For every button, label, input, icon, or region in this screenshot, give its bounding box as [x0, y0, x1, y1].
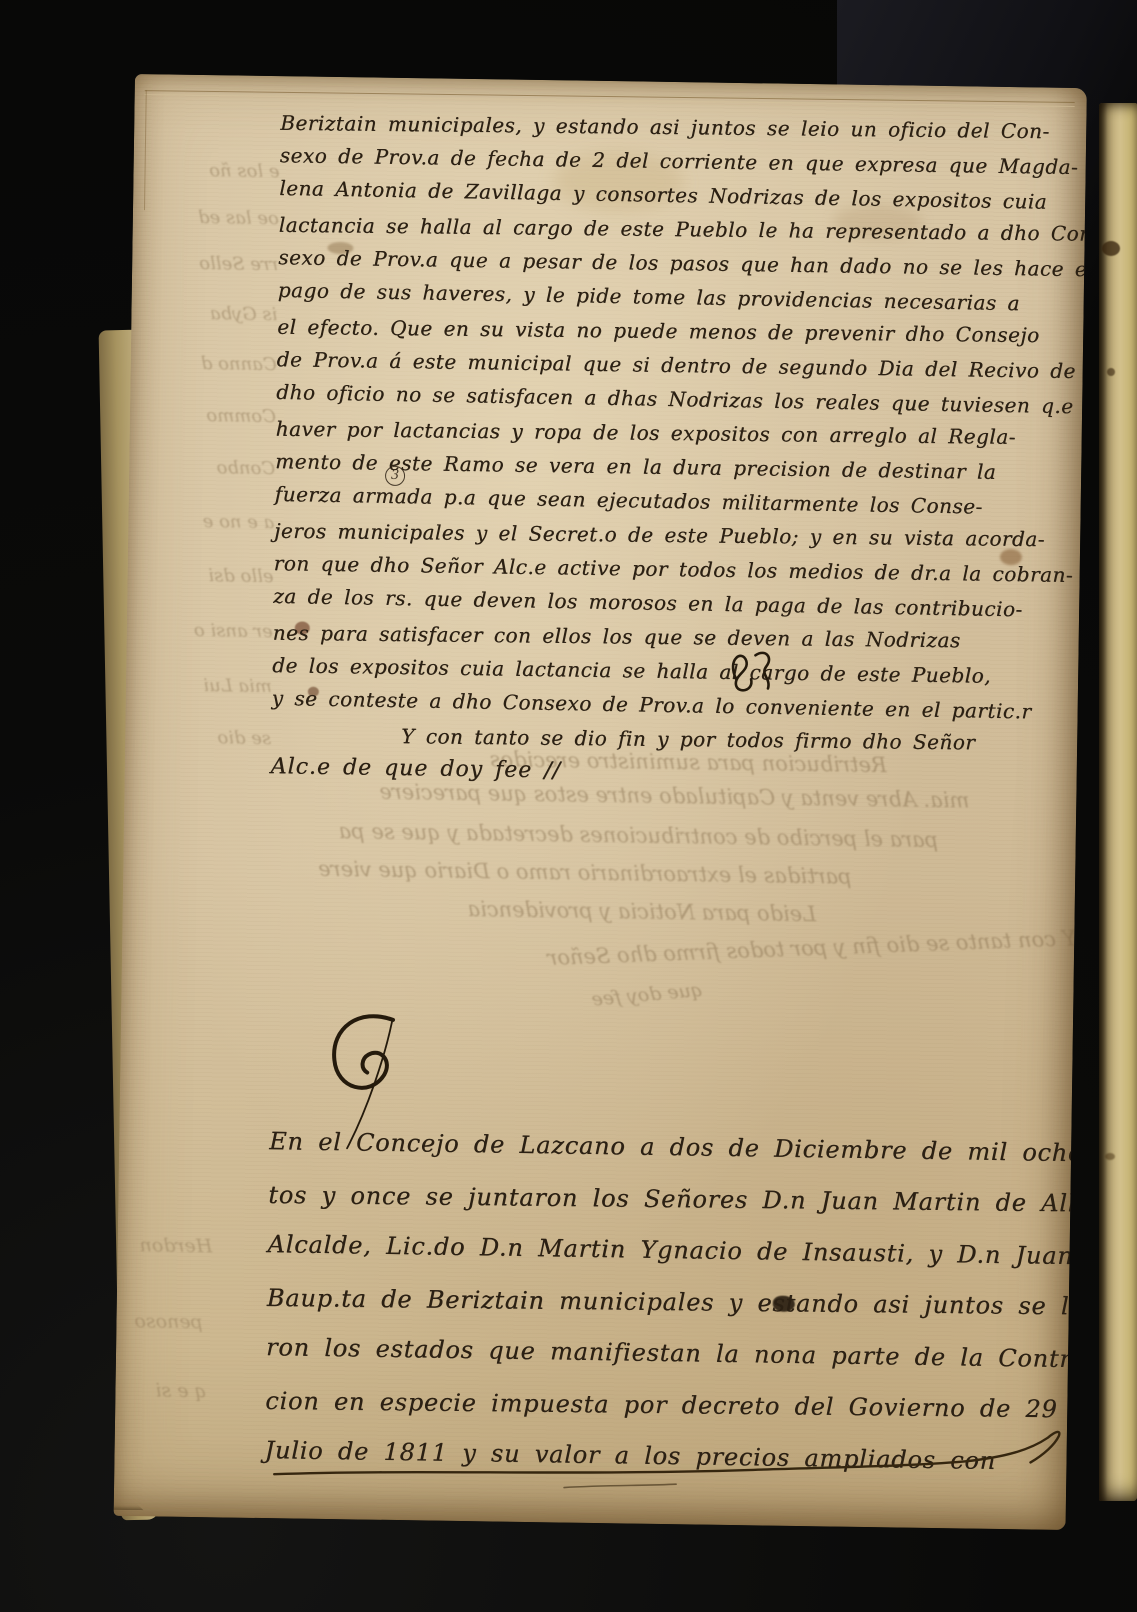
- page-fold-corner: [114, 1470, 149, 1511]
- showthrough-margin-fragment: a e no e: [134, 510, 274, 533]
- book-fore-edge-right: [1099, 103, 1137, 1501]
- manuscript-line: tos y once se juntaron los Señores D.n J…: [268, 1169, 1084, 1229]
- showthrough-margin-fragment: Canno d: [137, 352, 277, 375]
- showthrough-line: Y con tanto se dio fin y por todos firmo…: [547, 926, 1077, 970]
- showthrough-margin-fragment: mia Lui: [132, 674, 272, 697]
- showthrough-corner-fragment: Herdon: [139, 1234, 212, 1257]
- showthrough-line: Leido para Noticia y providencia: [467, 897, 816, 926]
- showthrough-line: para el percibo de contribuciones decret…: [339, 819, 939, 852]
- page-emboss-line-left: [144, 90, 150, 210]
- showthrough-margin-fragment: se dio: [131, 726, 271, 749]
- showthrough-margin-fragment: oe las ed: [139, 206, 279, 229]
- manuscript-page: Retribucion para suministro erecidos mia…: [114, 74, 1087, 1530]
- showthrough-margin-fragment: ello dsi: [133, 564, 273, 587]
- showthrough-corner-fragment: q e si: [155, 1379, 207, 1402]
- showthrough-margin-fragment: er ansi o: [133, 619, 273, 642]
- manuscript-line: En el Concejo de Lazcano a dos de Diciem…: [269, 1116, 1086, 1180]
- fore-edge-stain: [1105, 1153, 1115, 1160]
- showthrough-margin-fragment: is Gyba: [137, 302, 277, 325]
- ink-rule: [264, 1416, 1075, 1508]
- ink-squiggle-mark: [722, 645, 777, 696]
- showthrough-margin-fragment: rre Sello: [138, 252, 278, 275]
- fore-edge-stain: [1107, 368, 1115, 376]
- entry-1-paragraph: Beriztain municipales, y estando asi jun…: [270, 104, 1086, 796]
- photo-background: Retribucion para suministro erecidos mia…: [0, 0, 1137, 1612]
- showthrough-line: partidas el extraordinario ramo o Diario…: [318, 857, 852, 889]
- showthrough-corner-fragment: penoso: [134, 1310, 203, 1333]
- showthrough-margin-fragment: Commo: [136, 404, 276, 427]
- showthrough-line: que doy fee: [591, 979, 704, 1011]
- manuscript-line: Baup.ta de Beriztain municipales y estan…: [267, 1272, 1083, 1332]
- showthrough-margin-fragment: e los ño: [139, 159, 279, 182]
- fore-edge-stain: [1102, 241, 1120, 256]
- showthrough-margin-fragment: Conbo: [135, 456, 275, 479]
